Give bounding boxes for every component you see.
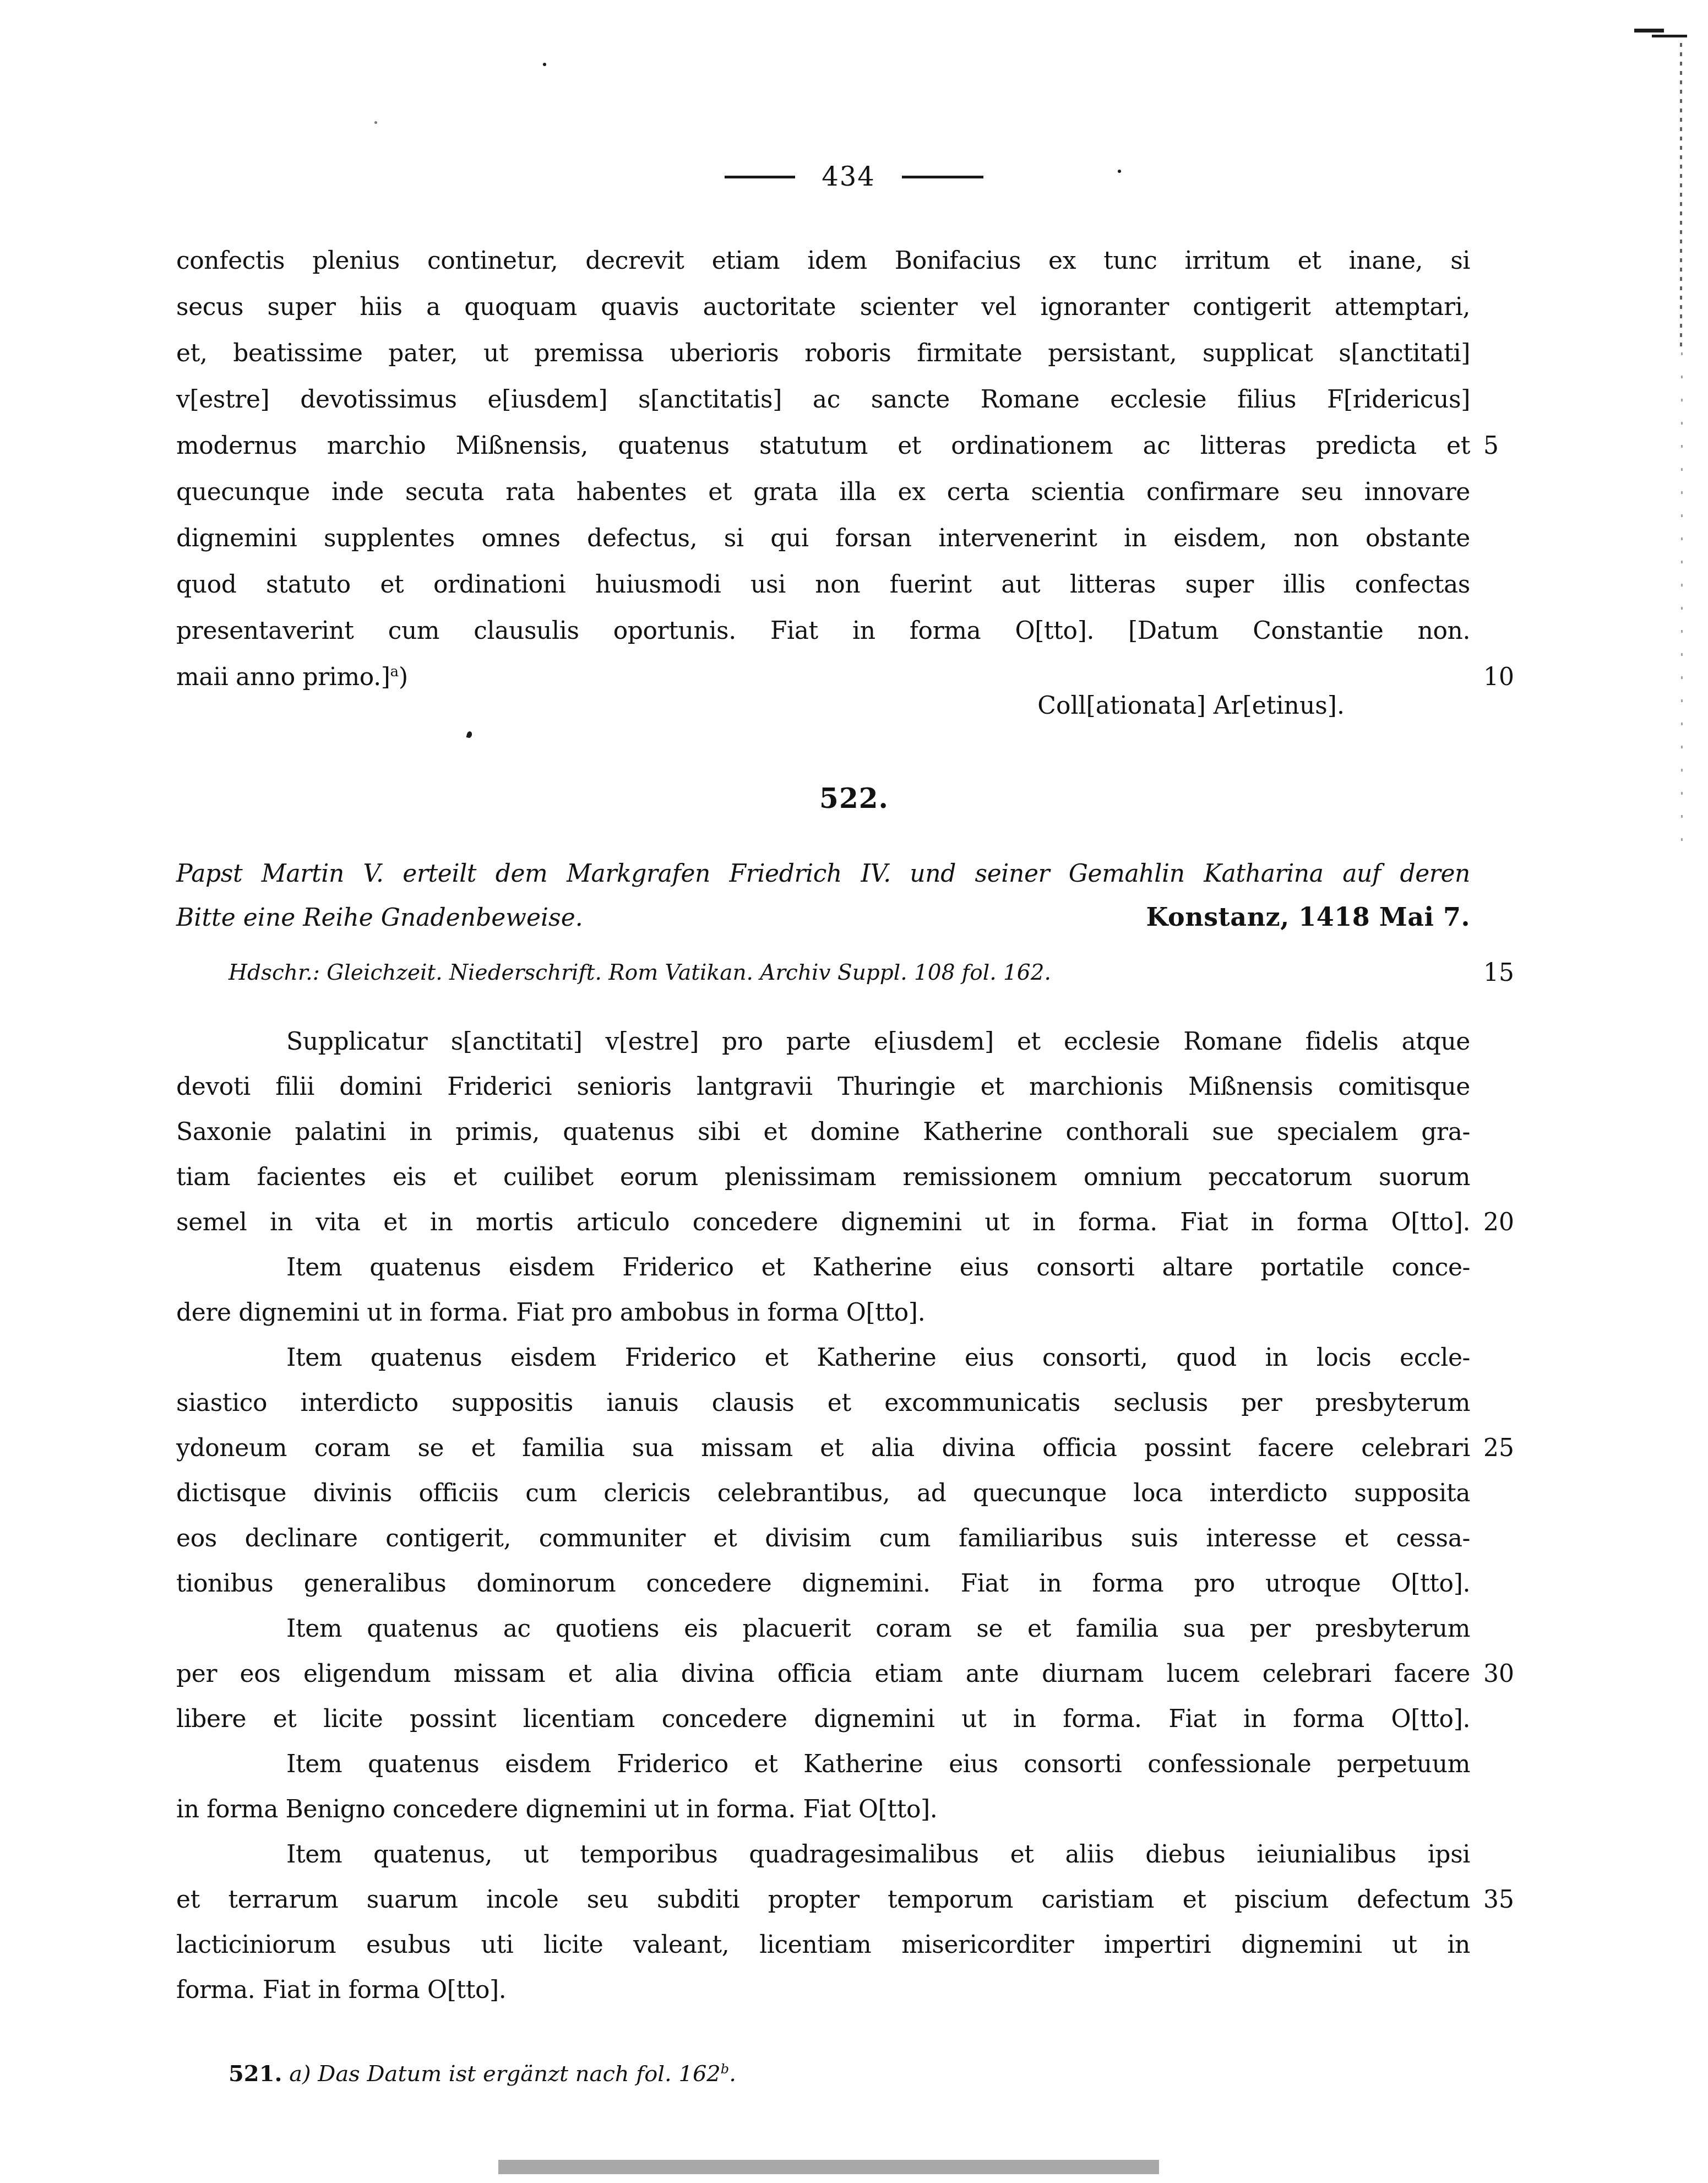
header-rule-right — [902, 176, 983, 178]
text-line: confectis plenius continetur, decrevit e… — [176, 238, 1470, 284]
line-text: Item quatenus eisdem Friderico et Kather… — [286, 1750, 1470, 1778]
document-number: 522. — [819, 782, 889, 814]
text-line: presentaverint cum clausulis oportunis. … — [176, 608, 1470, 654]
line-text: quecunque inde secuta rata habentes et g… — [176, 478, 1470, 506]
scan-artifact-dash — [1652, 35, 1687, 37]
text-line: et, beatissime pater, ut premissa uberio… — [176, 330, 1470, 377]
line-text: v[estre] devotissimus e[iusdem] s[anctit… — [176, 385, 1470, 414]
text-line: secus super hiis a quoquam quavis auctor… — [176, 284, 1470, 330]
line-text: Item quatenus eisdem Friderico et Kather… — [286, 1344, 1470, 1372]
text-line: Item quatenus ac quotiens eis placuerit … — [176, 1606, 1470, 1652]
scan-speck — [374, 121, 377, 124]
text-line: Supplicatur s[anctitati] v[estre] pro pa… — [176, 1019, 1470, 1065]
text-line: et terrarum suarum incole seu subditi pr… — [176, 1877, 1470, 1923]
text-line: forma. Fiat in forma O[tto]. — [176, 1968, 1470, 2013]
line-text: et, beatissime pater, ut premissa uberio… — [176, 339, 1470, 367]
scan-artifact-dash — [1634, 29, 1664, 32]
text-line: dictisque divinis officiis cum clericis … — [176, 1471, 1470, 1516]
line-text: devoti filii domini Friderici senioris l… — [176, 1073, 1470, 1101]
text-line: quecunque inde secuta rata habentes et g… — [176, 469, 1470, 515]
text-line: Item quatenus, ut temporibus quadragesim… — [176, 1832, 1470, 1877]
margin-line-number: 30 — [1483, 1652, 1566, 1697]
line-text: et terrarum suarum incole seu subditi pr… — [176, 1886, 1470, 1914]
line-text: lacticiniorum esubus uti licite valeant,… — [176, 1931, 1470, 1959]
regest-text: Papst Martin V. erteilt dem Markgrafen F… — [176, 860, 1470, 888]
text-line: Item quatenus eisdem Friderico et Kather… — [176, 1742, 1470, 1787]
paragraph: Item quatenus eisdem Friderico et Kather… — [176, 1245, 1470, 1335]
line-text: forma. Fiat in forma O[tto]. — [176, 1976, 506, 2004]
line-text: dignemini supplentes omnes defectus, si … — [176, 524, 1470, 552]
document-522-heading: 522. — [0, 775, 1708, 822]
paragraph: Item quatenus eisdem Friderico et Kather… — [176, 1335, 1470, 1606]
folio-superscript: b — [721, 2061, 729, 2077]
regest-line: Bitte eine Reihe Gnadenbeweise. Konstanz… — [176, 895, 1470, 940]
paragraph: Item quatenus eisdem Friderico et Kather… — [176, 1742, 1470, 1832]
line-text: ydoneum coram se et familia sua missam e… — [176, 1434, 1470, 1462]
scan-speck — [466, 731, 473, 738]
text-line: v[estre] devotissimus e[iusdem] s[anctit… — [176, 377, 1470, 423]
margin-line-number: 20 — [1483, 1200, 1566, 1245]
line-text: Saxonie palatini in primis, quatenus sib… — [176, 1118, 1470, 1146]
regest-line: Papst Martin V. erteilt dem Markgrafen F… — [176, 852, 1470, 895]
text-line: ydoneum coram se et familia sua missam e… — [176, 1426, 1470, 1471]
text-line: per eos eligendum missam et alia divina … — [176, 1652, 1470, 1697]
scanned-document-page: 434 confectis plenius continetur, decrev… — [0, 0, 1708, 2183]
line-text: semel in vita et in mortis articulo conc… — [176, 1208, 1470, 1236]
margin-line-number: 35 — [1483, 1877, 1566, 1923]
margin-line-number: 5 — [1483, 423, 1566, 469]
source-text: Hdschr.: Gleichzeit. Niederschrift. Rom … — [229, 960, 1051, 985]
text-line: semel in vita et in mortis articulo conc… — [176, 1200, 1470, 1245]
line-text: Supplicatur s[anctitati] v[estre] pro pa… — [286, 1028, 1470, 1056]
line-text: eos declinare contigerit, communiter et … — [176, 1524, 1470, 1552]
text-line: dignemini supplentes omnes defectus, si … — [176, 515, 1470, 562]
paragraph: Item quatenus ac quotiens eis placuerit … — [176, 1606, 1470, 1742]
footnote-period: . — [729, 2061, 736, 2087]
line-text: Item quatenus ac quotiens eis placuerit … — [286, 1615, 1470, 1643]
line-text: dictisque divinis officiis cum clericis … — [176, 1479, 1470, 1507]
text-line: Item quatenus eisdem Friderico et Kather… — [176, 1245, 1470, 1290]
scan-speck — [1118, 170, 1121, 173]
line-text: tiam facientes eis et cuilibet eorum ple… — [176, 1163, 1470, 1191]
line-text: per eos eligendum missam et alia divina … — [176, 1660, 1470, 1688]
footnote: 521. a) Das Datum ist ergänzt nach fol. … — [176, 2057, 1470, 2090]
collation-text: Coll[ationata] Ar[etinus]. — [1037, 692, 1345, 720]
line-text: siastico interdicto suppositis ianuis cl… — [176, 1389, 1470, 1417]
header-rule-left — [725, 176, 795, 178]
text-line: Saxonie palatini in primis, quatenus sib… — [176, 1110, 1470, 1155]
margin-line-number: 15 — [1483, 956, 1566, 990]
document-date: Konstanz, 1418 Mai 7. — [1146, 895, 1470, 938]
text-line: tiam facientes eis et cuilibet eorum ple… — [176, 1155, 1470, 1200]
text-line: tionibus generalibus dominorum concedere… — [176, 1561, 1470, 1606]
footnote-marker: a — [390, 663, 399, 680]
margin-line-number: 10 — [1483, 654, 1566, 700]
text-line: libere et licite possint licentiam conce… — [176, 1697, 1470, 1742]
line-text: Item quatenus, ut temporibus quadragesim… — [286, 1840, 1470, 1869]
scan-speck — [543, 63, 546, 66]
text-line: devoti filii domini Friderici senioris l… — [176, 1065, 1470, 1110]
document-522-text: Supplicatur s[anctitati] v[estre] pro pa… — [176, 1019, 1470, 2013]
line-text: modernus marchio Mißnensis, quatenus sta… — [176, 432, 1470, 460]
text-line: Item quatenus eisdem Friderico et Kather… — [176, 1335, 1470, 1381]
source-note: Hdschr.: Gleichzeit. Niederschrift. Rom … — [176, 956, 1470, 990]
text-line: in forma Benigno concedere dignemini ut … — [176, 1787, 1470, 1832]
margin-line-number: 25 — [1483, 1426, 1566, 1471]
line-text: tionibus generalibus dominorum concedere… — [176, 1570, 1470, 1598]
document-521-text: confectis plenius continetur, decrevit e… — [176, 238, 1470, 700]
scan-artifact-shadow-bar — [498, 2160, 1159, 2174]
text-line: lacticiniorum esubus uti licite valeant,… — [176, 1923, 1470, 1968]
page-number: 434 — [822, 161, 875, 192]
line-text: in forma Benigno concedere dignemini ut … — [176, 1795, 937, 1823]
line-text: dere dignemini ut in forma. Fiat pro amb… — [176, 1299, 925, 1327]
scan-artifact-page-edge — [1681, 352, 1683, 854]
line-text: libere et licite possint licentiam conce… — [176, 1705, 1470, 1733]
text-line: eos declinare contigerit, communiter et … — [176, 1516, 1470, 1561]
paragraph: Item quatenus, ut temporibus quadragesim… — [176, 1832, 1470, 2013]
line-text: quod statuto et ordinationi huiusmodi us… — [176, 571, 1470, 599]
regest: Papst Martin V. erteilt dem Markgrafen F… — [176, 852, 1470, 940]
collation-note: Coll[ationata] Ar[etinus]. — [176, 683, 1470, 729]
scan-artifact-page-edge — [1680, 43, 1682, 351]
line-text: confectis plenius continetur, decrevit e… — [176, 247, 1470, 275]
regest-text: Bitte eine Reihe Gnadenbeweise. — [176, 897, 583, 940]
footnote-text: a) Das Datum ist ergänzt nach fol. 162 — [282, 2061, 720, 2087]
text-line: siastico interdicto suppositis ianuis cl… — [176, 1381, 1470, 1426]
line-text: presentaverint cum clausulis oportunis. … — [176, 617, 1470, 645]
line-text: Item quatenus eisdem Friderico et Kather… — [286, 1253, 1470, 1281]
line-text: secus super hiis a quoquam quavis auctor… — [176, 293, 1470, 321]
text-line: dere dignemini ut in forma. Fiat pro amb… — [176, 1290, 1470, 1335]
footnote-document-number: 521. — [229, 2061, 282, 2087]
page-header: 434 — [0, 162, 1708, 192]
text-line: modernus marchio Mißnensis, quatenus sta… — [176, 423, 1470, 469]
paragraph: Supplicatur s[anctitati] v[estre] pro pa… — [176, 1019, 1470, 1245]
text-line: quod statuto et ordinationi huiusmodi us… — [176, 562, 1470, 608]
